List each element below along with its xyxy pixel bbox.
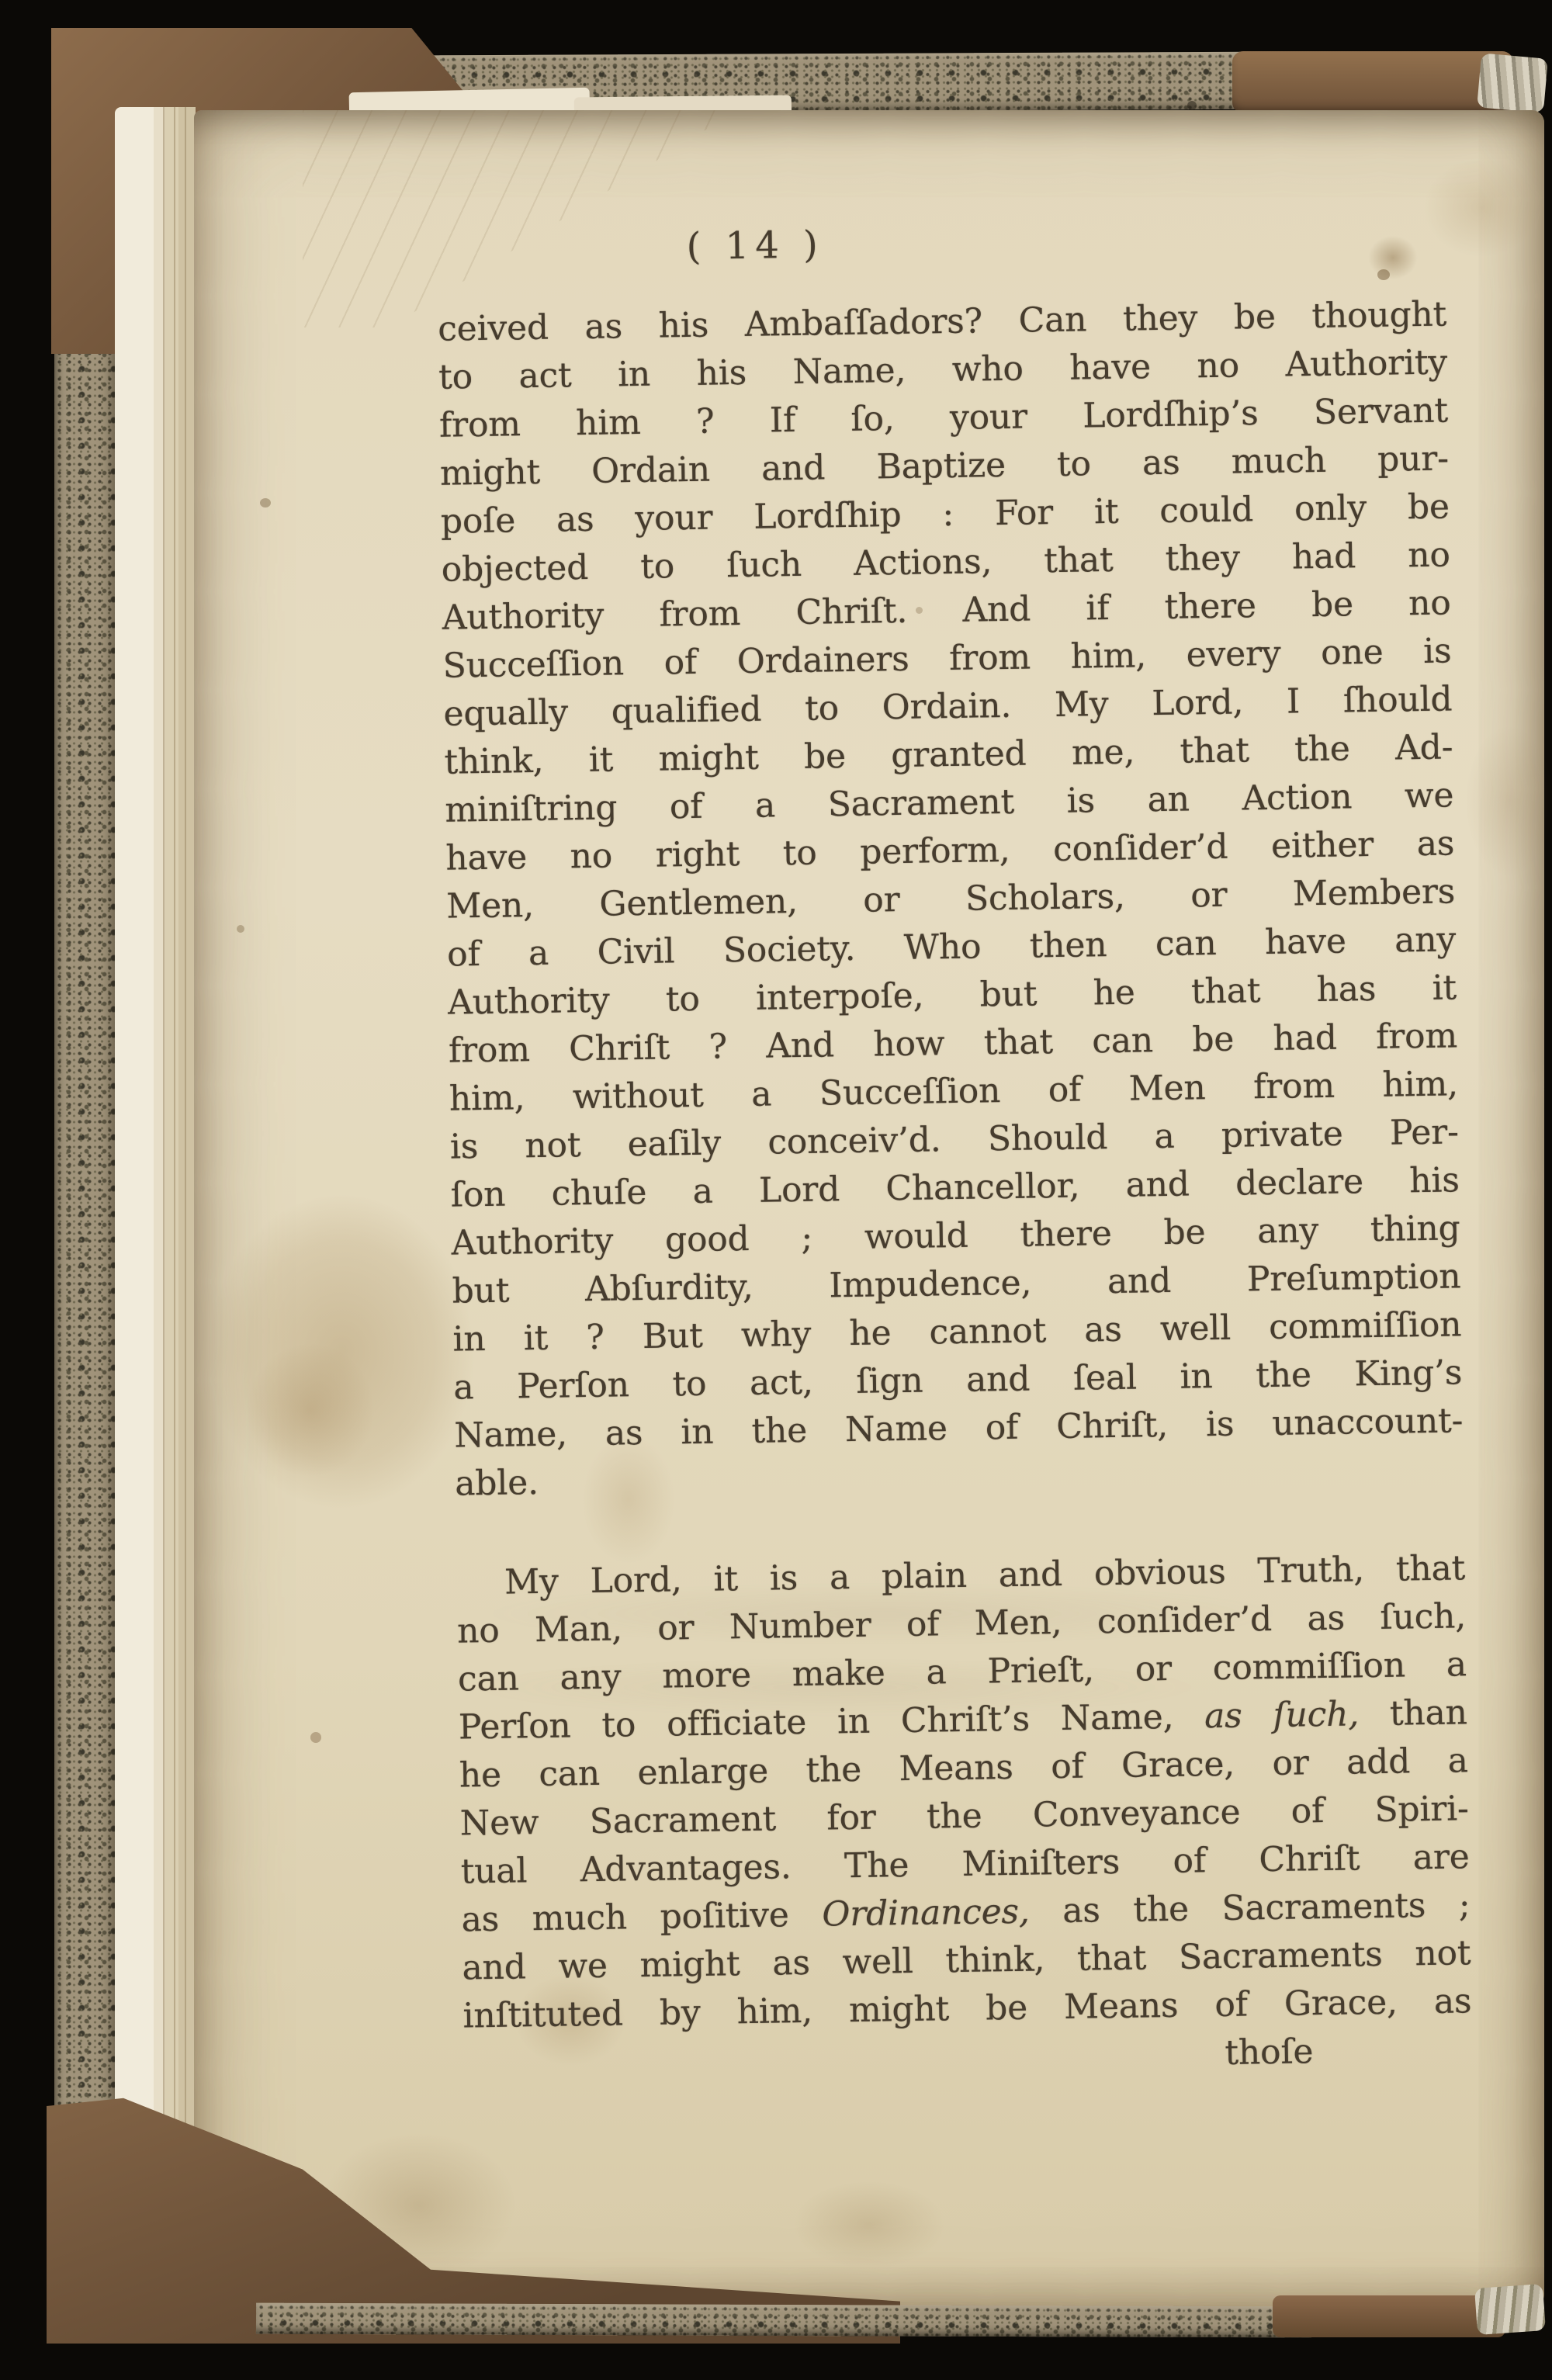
- word: Man,: [535, 1605, 623, 1654]
- word: I: [1286, 677, 1300, 726]
- word: he: [1093, 969, 1135, 1018]
- word: of: [906, 1600, 939, 1649]
- book-page: ( 14 ) ceivedashisAmbaſſadors?Cantheybet…: [194, 110, 1544, 2311]
- word: more: [662, 1651, 751, 1701]
- word: and: [998, 1550, 1062, 1599]
- word: be: [1163, 1208, 1206, 1257]
- word: able.: [455, 1459, 539, 1509]
- word: no: [1197, 341, 1239, 390]
- word: it: [588, 736, 613, 784]
- word: ſuch: [726, 541, 802, 590]
- word: ceived: [438, 304, 549, 354]
- word: it: [523, 1315, 548, 1363]
- word: but: [979, 970, 1038, 1019]
- word: Authority: [448, 977, 610, 1027]
- word: a: [1154, 1113, 1175, 1161]
- endband-top: [1477, 53, 1548, 113]
- word: is: [1206, 1401, 1235, 1450]
- paragraph: MyLord,itisaplainandobviousTruth,thatnoM…: [456, 1544, 1472, 2040]
- word: Men,: [446, 882, 535, 931]
- word: from: [439, 400, 521, 450]
- word: cannot: [929, 1307, 1046, 1356]
- word: as: [584, 303, 622, 352]
- word: can: [539, 1750, 601, 1799]
- word: to: [666, 975, 701, 1024]
- word: unaccount-: [1272, 1397, 1464, 1448]
- word: that: [1044, 536, 1114, 585]
- word: poſe: [440, 497, 515, 546]
- word: might: [639, 1940, 740, 1990]
- word: a: [453, 1363, 474, 1412]
- word: inſtituted: [462, 1990, 623, 2040]
- word: in: [452, 1315, 486, 1364]
- word: Actions,: [854, 538, 993, 588]
- word: Prieſt,: [987, 1646, 1094, 1696]
- foxing-speck: [237, 925, 244, 933]
- word: Ambaſſadors?: [744, 297, 982, 349]
- word: Who: [903, 923, 981, 972]
- word: Means: [1064, 1982, 1179, 2032]
- word: Society.: [722, 925, 855, 975]
- word: there: [1164, 582, 1256, 632]
- word: and: [1125, 1161, 1190, 1210]
- word: well: [842, 1938, 913, 1987]
- word: is: [449, 1123, 478, 1172]
- word: or: [1135, 1645, 1172, 1694]
- word: Sacrament: [827, 778, 1014, 830]
- word: if: [1086, 584, 1110, 632]
- word: Name,: [454, 1410, 567, 1460]
- word: not: [1415, 1929, 1471, 1978]
- stain: [225, 1321, 396, 1499]
- word: the: [805, 1746, 861, 1795]
- word: Name: [845, 1405, 948, 1454]
- word: plain: [882, 1552, 968, 1602]
- word: me,: [1072, 729, 1135, 778]
- word: any: [1257, 1207, 1319, 1256]
- word: or: [863, 876, 900, 925]
- word: Conveyance: [1032, 1789, 1240, 1840]
- word: to: [782, 830, 817, 878]
- word: Men: [1128, 1064, 1206, 1113]
- word: from: [659, 590, 741, 639]
- word: For: [995, 489, 1054, 538]
- word: than: [1389, 1689, 1467, 1737]
- word: Ordinances,: [822, 1888, 1030, 1939]
- word: Lord,: [590, 1556, 682, 1606]
- word: be: [986, 1984, 1028, 2033]
- word: Lordſhip: [753, 491, 902, 542]
- word: Ad-: [1395, 723, 1453, 772]
- word: much: [532, 1893, 627, 1943]
- word: no: [457, 1607, 500, 1656]
- word: declare: [1235, 1158, 1364, 1207]
- word: the: [927, 1793, 982, 1841]
- word: him,: [1382, 1060, 1458, 1109]
- marbled-board-left-edge: [54, 93, 116, 2258]
- word: might: [440, 449, 541, 498]
- word: If: [769, 397, 795, 445]
- word: the: [1294, 725, 1350, 774]
- word: and: [761, 444, 826, 493]
- word: have: [445, 833, 528, 883]
- word: your: [635, 494, 713, 543]
- word: granted: [891, 730, 1027, 781]
- word: have: [1069, 343, 1152, 393]
- word: to: [1057, 440, 1092, 489]
- word: it: [1432, 964, 1457, 1012]
- word: Baptize: [876, 442, 1006, 491]
- word: in: [681, 1408, 714, 1457]
- word: Spiri-: [1374, 1785, 1469, 1834]
- word: and: [966, 1356, 1031, 1405]
- word: commiſſion: [1269, 1301, 1462, 1352]
- word: objected: [441, 544, 588, 594]
- word: ?: [696, 397, 715, 445]
- leather-board-top-edge: [1232, 51, 1513, 113]
- word: could: [1159, 486, 1254, 535]
- word: him,: [1070, 632, 1146, 681]
- word: ſuch,: [1380, 1592, 1467, 1642]
- word: Members: [1292, 868, 1455, 918]
- word: no: [570, 833, 612, 882]
- word: a: [1446, 1640, 1467, 1689]
- word: be: [1407, 483, 1450, 532]
- word: then: [1029, 921, 1107, 970]
- word: private: [1221, 1110, 1343, 1160]
- word: pur-: [1377, 435, 1450, 483]
- word: ?: [708, 1023, 727, 1071]
- word: only: [1294, 484, 1367, 533]
- word: is: [1066, 777, 1095, 826]
- word: from: [949, 633, 1031, 683]
- word: obvious: [1093, 1548, 1226, 1599]
- word: be: [1233, 293, 1276, 342]
- word: And: [766, 1021, 835, 1070]
- word: him,: [736, 1987, 812, 2036]
- word: ſeal: [1073, 1354, 1138, 1403]
- word: the: [751, 1407, 807, 1456]
- foxing-speck: [310, 1732, 321, 1743]
- word: Number: [729, 1602, 871, 1652]
- word: in: [837, 1698, 871, 1747]
- word: Ordainers: [736, 636, 909, 686]
- word: poſitive: [660, 1891, 789, 1941]
- word: can: [1155, 920, 1217, 968]
- word: Authority: [451, 1218, 613, 1268]
- endband-bottom: [1474, 2284, 1546, 2335]
- word: no: [1408, 579, 1451, 628]
- paragraph: ceivedashisAmbaſſadors?Cantheybethoughtt…: [438, 290, 1464, 1508]
- word: and: [1107, 1257, 1172, 1306]
- word: Ordain.: [882, 682, 1011, 732]
- word: that: [983, 1018, 1053, 1067]
- word: of: [669, 783, 702, 832]
- word: well: [1159, 1304, 1231, 1353]
- word: a: [755, 781, 776, 830]
- word: can: [458, 1654, 520, 1703]
- word: miniſtring: [445, 784, 618, 834]
- word: Miniſters: [961, 1838, 1120, 1889]
- word: is: [769, 1554, 798, 1603]
- word: a: [528, 930, 549, 978]
- word: Perſon: [459, 1702, 572, 1751]
- word: make: [792, 1649, 885, 1699]
- word: a: [926, 1648, 947, 1696]
- word: to: [438, 353, 473, 402]
- word: either: [1271, 821, 1374, 871]
- stain: [768, 2167, 970, 2283]
- word: conſider’d: [1053, 823, 1228, 874]
- word: as: [1062, 1886, 1100, 1935]
- word: ſo,: [850, 395, 895, 444]
- word: from: [1376, 1012, 1458, 1062]
- word: the: [1133, 1886, 1189, 1935]
- word: perform,: [860, 826, 1010, 877]
- word: of: [1173, 1837, 1206, 1886]
- word: of: [1051, 1743, 1084, 1792]
- word: had: [1273, 1014, 1337, 1063]
- word: have: [1265, 917, 1347, 967]
- word: in: [618, 351, 651, 400]
- word: enlarge: [637, 1748, 768, 1797]
- word: him: [576, 399, 641, 448]
- word: ;: [1458, 1881, 1471, 1929]
- word: to: [601, 1701, 636, 1750]
- word: ſuch,: [1273, 1690, 1360, 1740]
- word: that: [1191, 967, 1261, 1016]
- word: Should: [987, 1114, 1107, 1163]
- word: your: [950, 393, 1028, 442]
- word: every: [1186, 630, 1281, 680]
- word: an: [1147, 775, 1190, 824]
- word: him,: [449, 1074, 525, 1123]
- word: equally: [443, 688, 568, 738]
- word: Authority: [1285, 338, 1447, 389]
- word: to: [805, 684, 840, 733]
- word: Authority: [442, 592, 604, 643]
- word: Name,: [792, 347, 906, 397]
- word: Truth,: [1257, 1546, 1364, 1595]
- word: be: [804, 733, 847, 781]
- word: the: [1256, 1351, 1311, 1400]
- word: is: [1423, 627, 1452, 676]
- word: as: [1307, 1595, 1345, 1644]
- word: Servant: [1314, 386, 1449, 437]
- word: much: [1231, 437, 1326, 487]
- stain: [1451, 700, 1552, 902]
- word: conceiv’d.: [767, 1116, 941, 1166]
- word: Gentlemen,: [599, 878, 798, 929]
- word: why: [740, 1311, 811, 1360]
- word: had: [1291, 532, 1356, 581]
- word: act: [518, 352, 572, 400]
- word: think,: [444, 737, 544, 787]
- word: how: [873, 1020, 945, 1069]
- word: might: [849, 1985, 950, 2035]
- word: would: [864, 1212, 968, 1262]
- word: Name,: [1060, 1693, 1173, 1743]
- word: a: [1447, 1737, 1468, 1785]
- word: of: [1214, 1981, 1248, 2030]
- word: it: [713, 1555, 738, 1603]
- word: as: [461, 1896, 499, 1945]
- word: as: [1204, 1692, 1242, 1741]
- word: But: [642, 1312, 703, 1361]
- word: officiate: [667, 1699, 807, 1749]
- word: as: [556, 496, 594, 545]
- word: thought: [1311, 290, 1447, 341]
- word: to: [640, 542, 675, 591]
- word: Chriſt.: [795, 587, 908, 637]
- word: that: [1395, 1544, 1465, 1593]
- word: Succeſſion: [819, 1067, 1000, 1117]
- word: he: [459, 1751, 501, 1800]
- word: that: [1180, 726, 1249, 775]
- word: as: [1142, 439, 1180, 488]
- word: :: [942, 490, 954, 539]
- word: might: [658, 734, 759, 784]
- word: be: [1311, 580, 1354, 629]
- word: ſon: [450, 1171, 505, 1220]
- word: has: [1316, 965, 1376, 1014]
- foxing-speck: [260, 498, 271, 508]
- word: they: [1165, 534, 1240, 583]
- word: ſign: [856, 1357, 923, 1406]
- word: Chriſt: [1259, 1834, 1360, 1884]
- word: in: [1180, 1353, 1213, 1401]
- word: from: [449, 1026, 531, 1076]
- page-text: ( 14 ) ceivedashisAmbaſſadors?Cantheybet…: [436, 211, 1472, 2088]
- word: ſhould: [1342, 675, 1452, 725]
- word: as: [1084, 1306, 1122, 1355]
- word: Impudence,: [829, 1259, 1032, 1311]
- word: are: [1412, 1833, 1470, 1882]
- word: as: [605, 1409, 643, 1458]
- word: New: [459, 1799, 539, 1848]
- word: there: [1020, 1210, 1112, 1259]
- word: The: [844, 1841, 909, 1890]
- word: Chriſt’s: [900, 1696, 1030, 1745]
- word: without: [572, 1072, 704, 1121]
- word: as: [772, 1939, 810, 1988]
- word: to: [672, 1360, 707, 1409]
- word: not: [525, 1121, 581, 1170]
- word: his: [696, 349, 747, 398]
- word: Scholars,: [965, 873, 1126, 923]
- word: a: [751, 1070, 772, 1118]
- word: Lordſhip’s: [1083, 390, 1259, 440]
- stacked-page-edges: [115, 107, 196, 2302]
- word: any: [559, 1653, 622, 1702]
- word: Advantages.: [580, 1843, 792, 1894]
- word: Sacraments: [1221, 1882, 1426, 1933]
- word: can: [1092, 1017, 1154, 1065]
- word: interpoſe,: [756, 972, 924, 1023]
- word: of: [447, 930, 480, 979]
- word: for: [826, 1794, 876, 1843]
- word: Sacrament: [589, 1796, 776, 1847]
- word: or: [1272, 1739, 1309, 1788]
- word: add: [1346, 1737, 1411, 1786]
- word: Grace,: [1121, 1741, 1235, 1790]
- word: Perſon: [517, 1361, 630, 1411]
- marbled-board-bottom-edge: [256, 2303, 1311, 2338]
- word: think,: [945, 1935, 1045, 1985]
- word: a: [830, 1554, 850, 1602]
- word: My: [1055, 681, 1109, 729]
- word: right: [655, 830, 740, 880]
- word: Per-: [1389, 1108, 1459, 1157]
- word: Action: [1242, 773, 1353, 823]
- word: any: [1394, 916, 1457, 965]
- word: act,: [750, 1359, 814, 1408]
- word: one: [1321, 629, 1384, 677]
- word: qualified: [611, 686, 762, 736]
- word: they: [1123, 294, 1198, 343]
- word: no: [1408, 531, 1450, 580]
- word: Succeſſion: [442, 639, 624, 690]
- word: eaſily: [627, 1119, 721, 1169]
- word: Chriſt: [569, 1024, 670, 1073]
- word: Means: [899, 1744, 1013, 1793]
- foxing-speck: [1187, 101, 1197, 110]
- word: ?: [586, 1314, 605, 1362]
- word: he: [849, 1309, 892, 1358]
- word: as: [1416, 819, 1454, 868]
- word: his: [658, 302, 708, 351]
- leather-board-bottom-edge: [1273, 2295, 1505, 2337]
- word: of: [663, 639, 697, 688]
- word: chuſe: [551, 1169, 647, 1218]
- word: that: [1077, 1934, 1147, 1983]
- word: we: [558, 1942, 608, 1991]
- word: Men,: [974, 1599, 1062, 1648]
- word: who: [951, 345, 1024, 394]
- word: of: [1290, 1787, 1324, 1836]
- word: of: [985, 1404, 1018, 1453]
- word: Sacraments: [1179, 1931, 1384, 1982]
- word: Chriſt,: [1056, 1401, 1169, 1451]
- word: from: [1253, 1062, 1335, 1112]
- word: Preſumption: [1246, 1252, 1460, 1304]
- word: it: [1094, 488, 1119, 536]
- word: Lord: [759, 1166, 840, 1215]
- word: and: [462, 1943, 526, 1992]
- word: a: [692, 1168, 713, 1216]
- photo-background: { "page": { "header": "( 14 )", "catchwo…: [0, 0, 1552, 2380]
- word: tual: [460, 1847, 527, 1896]
- word: Abſurdity,: [585, 1263, 753, 1314]
- page-number: ( 14 ): [686, 220, 824, 271]
- word: good: [665, 1215, 750, 1265]
- word: King’s: [1354, 1349, 1463, 1398]
- word: Chancellor,: [885, 1162, 1080, 1214]
- word: we: [1405, 771, 1454, 820]
- word: or: [657, 1604, 695, 1653]
- word: be: [1192, 1016, 1235, 1065]
- word: by: [659, 1989, 701, 2038]
- word: And: [962, 585, 1031, 634]
- word: Civil: [597, 927, 675, 976]
- word: ;: [801, 1214, 813, 1263]
- word: or: [1190, 871, 1228, 920]
- word: My: [504, 1558, 559, 1607]
- text-lines: ceivedashisAmbaſſadors?Cantheybethoughtt…: [438, 290, 1472, 2040]
- word: conſider’d: [1096, 1595, 1272, 1646]
- word: but: [452, 1267, 510, 1316]
- word: Grace,: [1284, 1979, 1398, 2028]
